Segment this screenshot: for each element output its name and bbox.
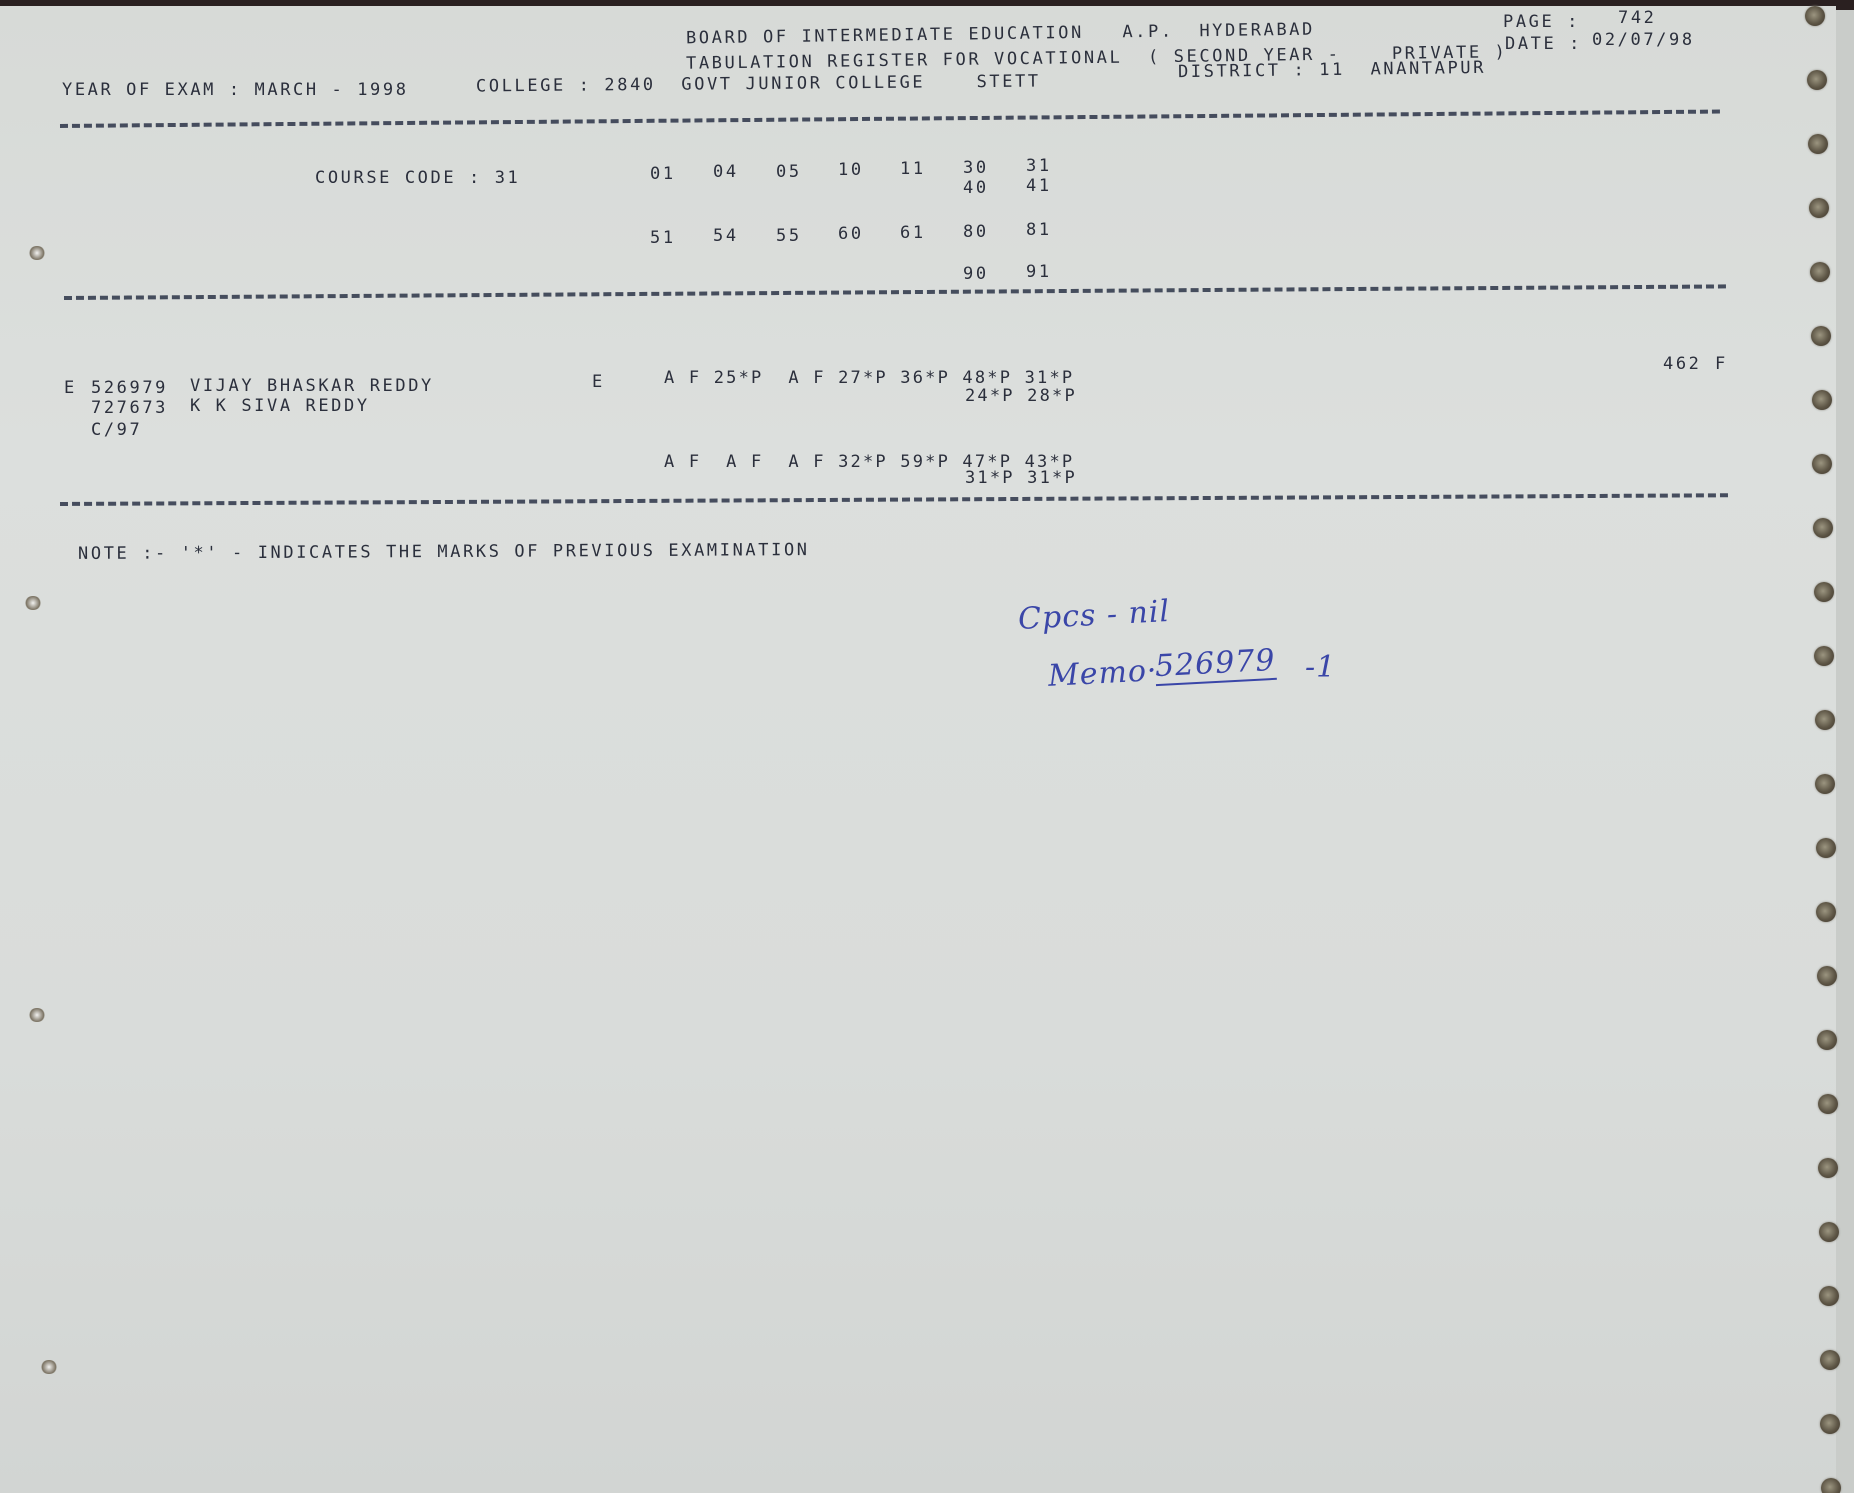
- course-code-label: COURSE CODE : 31: [315, 168, 520, 188]
- subject-code: 80: [963, 222, 989, 242]
- subject-code: 40: [963, 178, 989, 198]
- subject-code: 55: [776, 226, 802, 246]
- feed-hole: [1819, 1286, 1839, 1306]
- board-title: BOARD OF INTERMEDIATE EDUCATION A.P. HYD…: [686, 20, 1315, 49]
- father-name: K K SIVA REDDY: [190, 396, 370, 416]
- feed-hole: [1809, 198, 1829, 218]
- student-name: VIJAY BHASKAR REDDY: [190, 376, 434, 396]
- handwritten-memo-number: 526979: [1154, 643, 1276, 686]
- medium-code: E: [592, 372, 605, 392]
- feed-hole: [1820, 1414, 1840, 1434]
- feed-hole: [1815, 710, 1835, 730]
- feed-hole: [1808, 134, 1828, 154]
- hall-ticket-number: 526979: [91, 378, 168, 398]
- feed-hole: [1820, 1350, 1840, 1370]
- feed-hole: [1817, 1030, 1837, 1050]
- subject-code: 31: [1026, 156, 1052, 176]
- subject-code: 05: [776, 162, 802, 182]
- feed-hole: [1821, 1478, 1841, 1493]
- feed-hole: [1812, 390, 1832, 410]
- date-value: 02/07/98: [1592, 30, 1695, 50]
- subject-code: 41: [1026, 176, 1052, 196]
- feed-hole: [1815, 774, 1835, 794]
- handwritten-memo-suffix: -1: [1305, 650, 1336, 685]
- feed-hole: [1813, 518, 1833, 538]
- feed-hole: [1816, 902, 1836, 922]
- marks-row-2b: 31*P 31*P: [965, 468, 1077, 488]
- feed-hole: [1814, 646, 1834, 666]
- subject-code: 11: [900, 159, 926, 179]
- district-line: DISTRICT : 11 ANANTAPUR: [1178, 58, 1486, 82]
- feed-hole: [1812, 454, 1832, 474]
- page-label: PAGE :: [1503, 12, 1580, 32]
- feed-hole: [1818, 1094, 1838, 1114]
- handwritten-cpcs-nil: Cpcs - nil: [1017, 594, 1171, 637]
- marks-row-1b: 24*P 28*P: [965, 386, 1077, 406]
- subject-code: 04: [713, 162, 739, 182]
- marks-row-1: A F 25*P A F 27*P 36*P 48*P 31*P: [664, 368, 1074, 388]
- subject-code: 30: [963, 158, 989, 178]
- result-status: F: [1715, 354, 1728, 374]
- feed-hole: [1810, 262, 1830, 282]
- category-flag: E: [64, 378, 77, 398]
- father-id: 727673: [91, 398, 168, 418]
- printout-paper: BOARD OF INTERMEDIATE EDUCATION A.P. HYD…: [0, 6, 1836, 1493]
- subject-code: 90: [963, 264, 989, 284]
- previous-attempt: C/97: [91, 420, 142, 440]
- feed-hole: [1807, 70, 1827, 90]
- binding-hole: [24, 596, 42, 610]
- subject-code: 61: [900, 223, 926, 243]
- separator-line: [64, 284, 1726, 300]
- feed-hole: [1805, 6, 1825, 26]
- subject-code: 60: [838, 224, 864, 244]
- separator-line: [60, 493, 1728, 506]
- subject-code: 51: [650, 228, 676, 248]
- year-of-exam: YEAR OF EXAM : MARCH - 1998: [62, 80, 409, 100]
- feed-hole: [1818, 1158, 1838, 1178]
- feed-hole: [1814, 582, 1834, 602]
- subject-code: 01: [650, 164, 676, 184]
- page-number: 742: [1618, 8, 1657, 28]
- date-label: DATE :: [1505, 34, 1582, 54]
- feed-hole: [1811, 326, 1831, 346]
- feed-hole: [1819, 1222, 1839, 1242]
- college-info: COLLEGE : 2840 GOVT JUNIOR COLLEGE STETT: [476, 72, 1041, 97]
- handwritten-memo-prefix: Memo·: [1047, 653, 1158, 694]
- binding-hole: [28, 1008, 46, 1022]
- subject-code: 10: [838, 160, 864, 180]
- footnote: NOTE :- '*' - INDICATES THE MARKS OF PRE…: [78, 540, 810, 564]
- feed-hole: [1816, 838, 1836, 858]
- binding-hole: [28, 246, 46, 260]
- subject-code: 81: [1026, 220, 1052, 240]
- total-marks: 462: [1663, 354, 1702, 374]
- subject-code: 54: [713, 226, 739, 246]
- subject-code: 91: [1026, 262, 1052, 282]
- feed-hole: [1817, 966, 1837, 986]
- separator-line: [60, 110, 1720, 128]
- binding-hole: [40, 1360, 58, 1374]
